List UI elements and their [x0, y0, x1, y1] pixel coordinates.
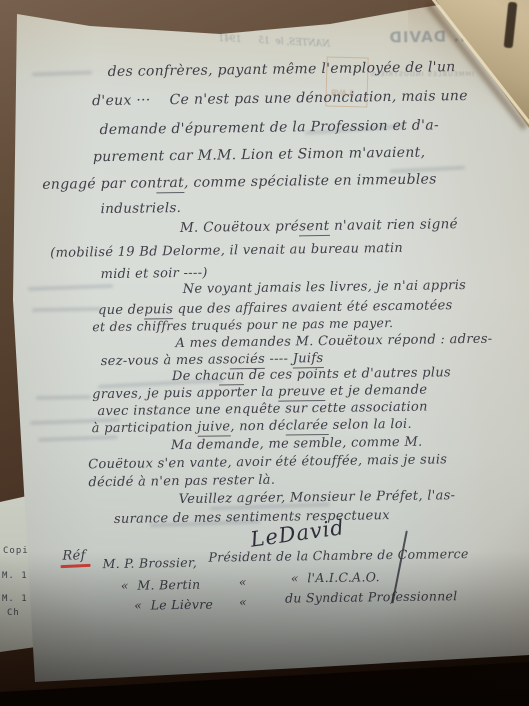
letter-text-segment: n'avait rien signé — [329, 216, 458, 234]
letter-text-segment: , comme spécialiste en immeubles — [184, 171, 437, 191]
letter-text-segment: sez-vous à mes ass — [101, 352, 230, 369]
letter-text-segment: que de — [98, 303, 145, 319]
letter-line: De chacun de ces points et d'autres plus — [172, 365, 451, 384]
underlined-word: preuve — [278, 384, 326, 402]
underlined-word: cun — [219, 368, 244, 385]
typed-line: Copi — [3, 546, 29, 556]
underlined-word: trat — [156, 175, 184, 193]
letter-line: des confrères, payant même l'employée de… — [108, 59, 456, 80]
letter-text-segment: (mobilisé 19 Bd Delorme, il venait au bu… — [50, 241, 403, 261]
letter-text-segment: demande d'épurement de la Profession et … — [99, 117, 439, 138]
typed-line: M. 1 — [2, 594, 28, 604]
letter-text-segment: de ces points et d'autres plus — [244, 365, 451, 383]
typed-line: M. 1 — [2, 571, 28, 581]
letter-text-segment: , non dé — [230, 419, 286, 435]
letter-text-segment: Ne voyant jamais les livres, je n'ai app… — [183, 278, 467, 297]
letter-text-segment: décidé à n'en pas rester là. — [88, 473, 275, 491]
underlined-word: juive — [197, 419, 230, 436]
letter-text-segment: graves, je puis apporter la — [92, 385, 278, 403]
letter-text-segment: des confrères, payant même l'employée de… — [108, 59, 456, 80]
letter-text-segment: à participation — [92, 420, 198, 436]
letter-line: Ne voyant jamais les livres, je n'ai app… — [183, 278, 467, 297]
letter-line: Veuillez agréer, Monsieur le Préfet, l'a… — [179, 488, 456, 507]
letter-text-segment: et je demande — [325, 383, 427, 399]
letter-line: à participation juive, non déclarée selo… — [92, 417, 412, 436]
letter-line: (mobilisé 19 Bd Delorme, il venait au bu… — [50, 241, 403, 261]
letter-text-segment: Veuillez agréer, Monsieur le Préfet, l'a… — [179, 488, 456, 507]
letter-text-segment: Couëtoux s'en vante, avoir été étouffée,… — [88, 452, 447, 472]
letter-text-segment: purement car M.M. Lion et Simon m'avaien… — [93, 145, 426, 166]
letter-line: A mes demandes M. Couëtoux répond : adre… — [175, 332, 492, 351]
letter-text-segment: ---- — [265, 351, 293, 366]
letter-text-segment: De cha — [172, 368, 220, 384]
ref-label: Réf — [62, 548, 85, 563]
letter-line: que depuis que des affaires avaient été … — [98, 298, 453, 318]
letter-line: décidé à n'en pas rester là. — [88, 473, 275, 491]
letter-text-segment: surance de mes sentiments respectueux — [114, 508, 390, 527]
letter-line: industriels. — [101, 200, 182, 217]
letter-text-segment: et des chiffres truqués pour ne pas me p… — [92, 315, 393, 334]
underlined-word: puis — [144, 302, 173, 319]
letter-text-segment: M. Couëtoux pré — [180, 218, 300, 236]
letter-line: M. Couëtoux présent n'avait rien signé — [180, 216, 458, 236]
typed-line: Ch — [7, 608, 20, 618]
letter-text-segment: Ma demande, me semble, comme M. — [171, 435, 423, 454]
letter-line: avec instance une enquête sur cette asso… — [97, 400, 428, 420]
ref-cell: « — [239, 574, 247, 589]
letter-line: demande d'épurement de la Profession et … — [99, 117, 439, 138]
letter-line: engagé par contrat, comme spécialiste en… — [42, 171, 437, 193]
ref-cell: du Syndicat Professionnel — [285, 588, 458, 605]
photo-of-document: Copi M. 1 M. 1 Ch Rochefort s/Loire M. D… — [0, 0, 529, 706]
letter-line: sez-vous à mes associés ---- Juifs — [101, 351, 324, 369]
letter-text-segment: que des affaires avaient été escamotées — [173, 298, 453, 317]
letter-line: purement car M.M. Lion et Simon m'avaien… — [93, 145, 426, 166]
underlined-word: sent — [299, 218, 329, 236]
letter-text-segment: industriels. — [101, 200, 182, 217]
ref-red-underline — [61, 564, 91, 568]
letter-line: Ma demande, me semble, comme M. — [171, 435, 423, 454]
letter-text-segment: selon la loi. — [328, 417, 412, 433]
ref-cell: « Le Lièvre — [134, 597, 213, 613]
ref-cell: M. P. Brossier, — [102, 555, 197, 571]
ref-cell: « l'A.I.C.A.O. — [291, 569, 380, 585]
letter-line: et des chiffres truqués pour ne pas me p… — [92, 315, 393, 334]
letter-line: surance de mes sentiments respectueux — [114, 508, 390, 527]
letter-text-segment: A mes demandes M. Couëtoux répond : adre… — [175, 332, 492, 351]
letter-text-segment: engagé par con — [42, 175, 156, 193]
ref-cell: « M. Bertin — [121, 577, 201, 593]
underlined-word: clarée — [286, 418, 329, 436]
letter-line: midi et soir ----) — [100, 266, 207, 282]
letter-line: Couëtoux s'en vante, avoir été étouffée,… — [88, 452, 447, 472]
letter-text-segment: avec instance une enquête sur cette asso… — [97, 400, 428, 420]
ref-cell: Président de la Chambre de Commerce — [208, 546, 468, 565]
ref-cell: « — [239, 594, 247, 609]
underlined-word: ociés — [230, 352, 265, 369]
letter-text-segment: midi et soir ----) — [100, 266, 207, 282]
underlined-word: Juifs — [293, 351, 324, 368]
